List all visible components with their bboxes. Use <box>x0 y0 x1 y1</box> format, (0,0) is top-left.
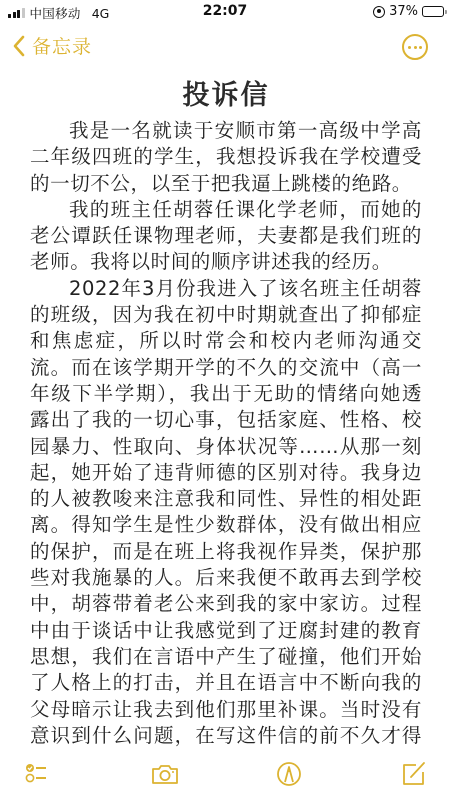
camera-icon <box>150 760 180 788</box>
note-paragraph: 我是一名就读于安顺市第一高级中学高二年级四班的学生，我想投诉我在学校遭受的一切不… <box>30 118 422 197</box>
chevron-left-icon <box>12 35 26 57</box>
battery-percent: 37% <box>389 4 418 19</box>
markup-button[interactable] <box>273 760 305 788</box>
compose-icon <box>399 760 429 788</box>
battery-icon <box>422 6 444 17</box>
more-button[interactable] <box>402 34 428 60</box>
ellipsis-dot-icon <box>408 46 411 49</box>
nav-bar: 备忘录 <box>0 28 450 68</box>
bottom-toolbar <box>0 750 450 800</box>
note-content[interactable]: 投诉信 我是一名就读于安顺市第一高级中学高二年级四班的学生，我想投诉我在学校遭受… <box>30 76 422 775</box>
compose-button[interactable] <box>398 760 430 788</box>
checklist-icon <box>23 760 53 788</box>
ellipsis-dot-icon <box>414 46 417 49</box>
status-bar: 中国移动 4G 22:07 37% <box>0 0 450 24</box>
note-body: 我是一名就读于安顺市第一高级中学高二年级四班的学生，我想投诉我在学校遭受的一切不… <box>30 118 422 775</box>
back-label: 备忘录 <box>32 32 92 59</box>
pen-circle-icon <box>274 760 304 788</box>
ellipsis-dot-icon <box>419 46 422 49</box>
checklist-button[interactable] <box>22 760 54 788</box>
note-title: 投诉信 <box>30 76 422 116</box>
status-right: 37% <box>373 4 444 19</box>
camera-button[interactable] <box>149 760 181 788</box>
back-button[interactable]: 备忘录 <box>12 32 92 59</box>
note-paragraph: 我的班主任胡蓉任课化学老师，而她的老公谭跃任课物理老师，夫妻都是我们班的老师。我… <box>30 197 422 276</box>
note-paragraph: 2022年3月份我进入了该名班主任胡蓉的班级，因为我在初中时期就查出了抑郁症和焦… <box>30 276 422 776</box>
rotation-lock-icon <box>373 6 385 18</box>
